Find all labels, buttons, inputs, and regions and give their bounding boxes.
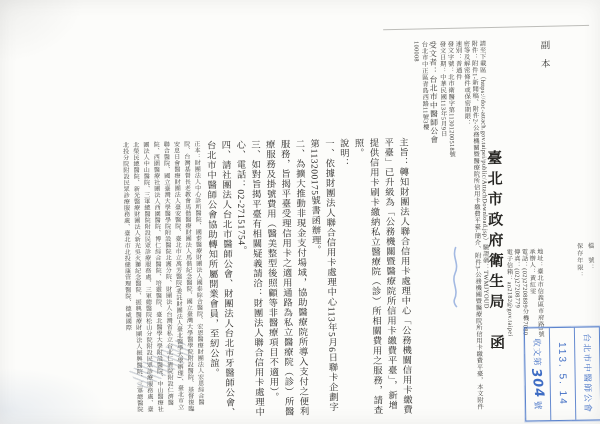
file-number-label: 檔 號： <box>586 242 595 271</box>
ink-squiggle <box>448 245 465 307</box>
copy-label: 副本 <box>536 40 551 77</box>
subject-paragraph: 主旨：轉知財團法人聯合信用卡處理中心「公務機關信用卡繳費平臺」已升級為「公務機關… <box>350 137 414 416</box>
retention-label: 保存年限： <box>575 243 585 279</box>
received-stamp-box: 台北市中醫師公會 113. 5. 14 收文第 304 號 <box>524 326 600 421</box>
explanation-item-2: 二、為擴大推動非現金支付場域，協助醫療院所導入支付之便利服務，旨揭平臺受理信用卡… <box>261 139 310 418</box>
recipient-meta-block: 100008 台北市中正區青島西路11號3樓 受文者：台北市中醫師公會 發文日期… <box>411 40 495 411</box>
stamp-date: 113. 5. 14 <box>549 328 575 420</box>
stamp-prefix: 收文第 <box>531 338 543 367</box>
received-stamp: 台北市中醫師公會 113. 5. 14 收文第 304 號 <box>523 326 600 419</box>
document-content: 副本 檔 號： 保存年限： 地址：臺北市信義區市府路1號 承辦人：黃紅雯 電話：… <box>0 0 600 424</box>
copies-block: 正本：財團法人中心診所醫院、國泰醫療財團法人國泰綜合醫院、宏恩醫療財團法人宏恩綜… <box>51 141 205 417</box>
scanned-letter-page: 副本 檔 號： 保存年限： 地址：臺北市信義區市府路1號 承辦人：黃紅雯 電話：… <box>0 0 600 424</box>
stamp-suffix: 號 <box>532 401 544 411</box>
explanation-item-1: 一、依據財團法人聯合信用卡處理中心113年5月6日聯卡企劃字第113200175… <box>305 138 339 416</box>
stamp-number: 304 <box>528 368 547 400</box>
letter-body: 主旨：轉知財團法人聯合信用卡處理中心「公務機關信用卡繳費平臺」已升級為「公務機關… <box>201 137 413 418</box>
explanation-item-4: 四、請社團法人台北市醫師公會、財團法人台北市牙醫師公會、台北市中醫師公會協助轉知… <box>202 140 236 418</box>
stamp-number-line: 收文第 304 號 <box>525 328 550 420</box>
stamp-org: 台北市中醫師公會 <box>574 327 600 419</box>
fold-line <box>383 25 589 30</box>
explanation-item-3: 三、如對旨揭平臺有相關疑義請洽：財團法人聯合信用卡處理中心、電話：02-2715… <box>231 140 265 418</box>
